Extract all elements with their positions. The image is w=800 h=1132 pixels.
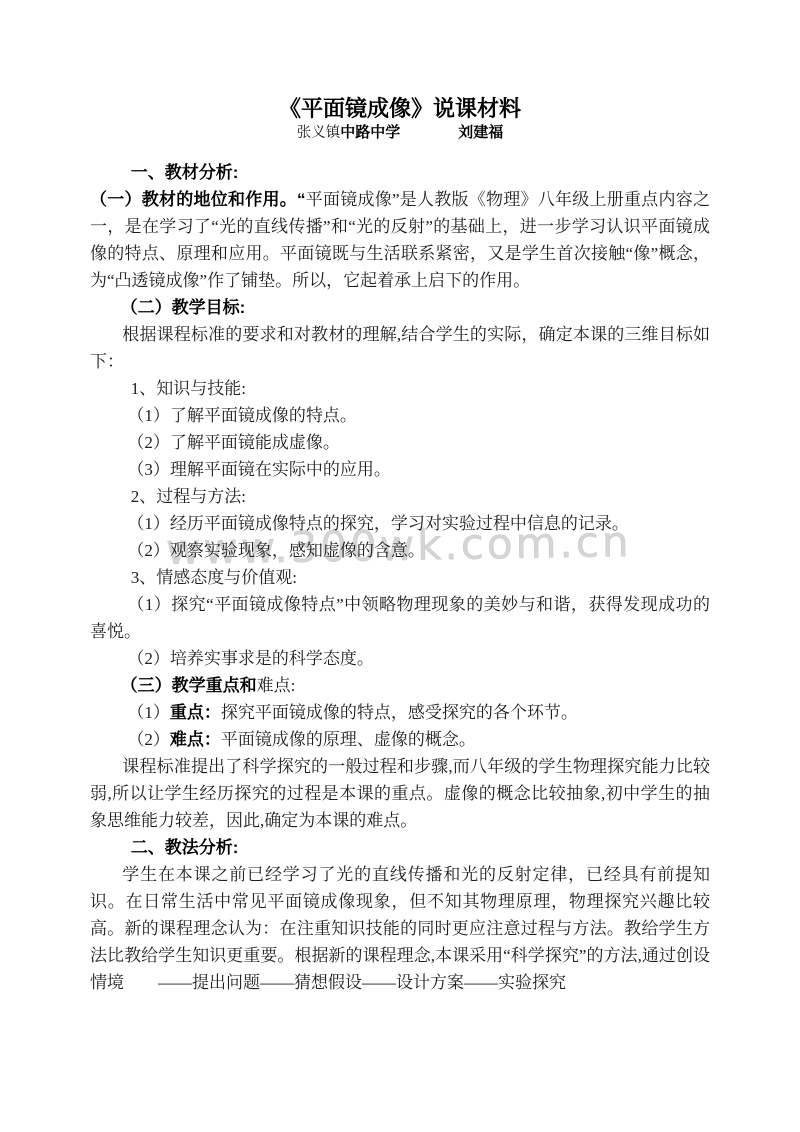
body-text: 2、过程与方法: [131, 487, 246, 506]
section-heading: 二、教法分析: [90, 834, 710, 861]
body-text: （2）观察实验现象，感知虚像的含意。 [127, 541, 425, 560]
body-text: 3、情感态度与价值观: [131, 568, 297, 587]
paragraph: 2、过程与方法: [90, 483, 710, 510]
bold-text: （一）教材的地位和作用。“ [90, 190, 305, 209]
body-text: （2） [127, 730, 170, 749]
paragraph: （2）难点：平面镜成像的原理、虚像的概念。 [90, 726, 710, 753]
paragraph: （2）培养实事求是的科学态度。 [90, 645, 710, 672]
byline-school-name: 中路中学 [340, 124, 400, 141]
section-heading: 一、教材分析: [90, 159, 710, 186]
bold-text: （二）教学目标: [121, 298, 246, 317]
body-text: （1）探究“平面镜成像特点”中领略物理现象的美妙与和谐，获得发现成功的喜悦。 [90, 595, 710, 641]
bold-text: （三）教学重点和 [121, 676, 257, 695]
body-text: 难点: [257, 676, 296, 695]
document-title: 《平面镜成像》说课材料 [90, 95, 710, 122]
bold-text: 二、教法分析: [131, 838, 239, 857]
paragraph: （1）重点：探究平面镜成像的特点，感受探究的各个环节。 [90, 699, 710, 726]
paragraph: （3）理解平面镜在实际中的应用。 [90, 456, 710, 483]
section-heading: （三）教学重点和难点: [90, 672, 710, 699]
byline-gap [400, 125, 458, 141]
body-text: 探究平面镜成像的特点，感受探究的各个环节。 [221, 703, 578, 722]
body-text: （2）培养实事求是的科学态度。 [127, 649, 374, 668]
body-text: 平面镜成像的原理、虚像的概念。 [221, 730, 476, 749]
body-text: （1）经历平面镜成像特点的探究，学习对实验过程中信息的记录。 [127, 514, 629, 533]
paragraph: 课程标准提出了科学探究的一般过程和步骤,而八年级的学生物理探究能力比较弱,所以让… [90, 753, 710, 834]
document-byline: 张义镇中路中学 刘建福 [90, 122, 710, 144]
body-text: （3）理解平面镜在实际中的应用。 [127, 460, 391, 479]
bold-text: 难点： [170, 730, 221, 749]
paragraph: （1）经历平面镜成像特点的探究，学习对实验过程中信息的记录。 [90, 510, 710, 537]
paragraph: 学生在本课之前已经学习了光的直线传播和光的反射定律，已经具有前提知识。在日常生活… [90, 861, 710, 996]
paragraph: （2）观察实验现象，感知虚像的含意。 [90, 537, 710, 564]
bold-text: 重点： [170, 703, 221, 722]
bold-text: 一、教材分析: [131, 163, 239, 182]
paragraph: 1、知识与技能: [90, 375, 710, 402]
body-text: （1）了解平面镜成像的特点。 [127, 406, 357, 425]
byline-author: 刘建福 [458, 124, 503, 141]
body-text: 1、知识与技能: [131, 379, 246, 398]
body-text: 学生在本课之前已经学习了光的直线传播和光的反射定律，已经具有前提知识。在日常生活… [90, 865, 710, 992]
section-heading: （二）教学目标: [90, 294, 710, 321]
paragraph: 根据课程标准的要求和对教材的理解,结合学生的实际，确定本课的三维目标如下： [90, 321, 710, 375]
byline-school-prefix: 张义镇 [297, 125, 341, 141]
paragraph: 3、情感态度与价值观: [90, 564, 710, 591]
paragraph: （1）探究“平面镜成像特点”中领略物理现象的美妙与和谐，获得发现成功的喜悦。 [90, 591, 710, 645]
document-body: 一、教材分析:（一）教材的地位和作用。“平面镜成像”是人教版《物理》八年级上册重… [90, 159, 710, 996]
body-text: 根据课程标准的要求和对教材的理解,结合学生的实际，确定本课的三维目标如下： [90, 325, 710, 371]
document-page: www.300wk.com.cn 《平面镜成像》说课材料 张义镇中路中学 刘建福… [0, 0, 800, 1132]
body-text: 课程标准提出了科学探究的一般过程和步骤,而八年级的学生物理探究能力比较弱,所以让… [90, 757, 710, 830]
paragraph: （一）教材的地位和作用。“平面镜成像”是人教版《物理》八年级上册重点内容之一，是… [90, 186, 710, 294]
document-content: 《平面镜成像》说课材料 张义镇中路中学 刘建福 一、教材分析:（一）教材的地位和… [90, 95, 710, 996]
body-text: （2）了解平面镜能成虚像。 [127, 433, 340, 452]
body-text: （1） [127, 703, 170, 722]
paragraph: （1）了解平面镜成像的特点。 [90, 402, 710, 429]
paragraph: （2）了解平面镜能成虚像。 [90, 429, 710, 456]
